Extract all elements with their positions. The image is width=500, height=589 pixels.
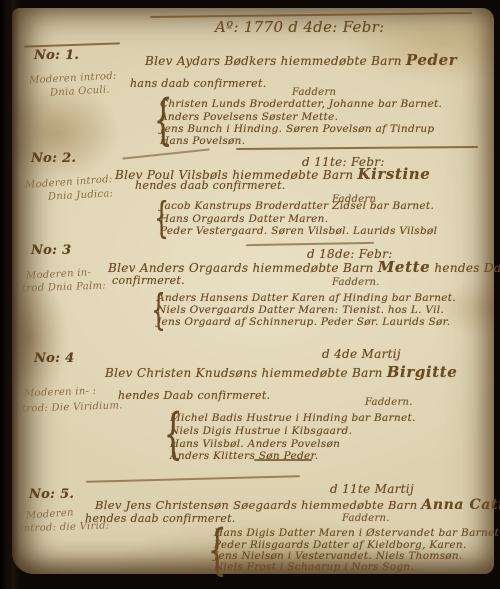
baptism-text: Blev Jens Christensøn Søegaards hiemmedø…	[95, 498, 417, 512]
entry-number: No: 1.	[34, 48, 79, 63]
baptism-text: Blev Anders Orgaards hiemmedøbte Barn	[108, 261, 374, 275]
confirmation-line: confirmeret.	[112, 274, 185, 287]
godparents-label: Faddern.	[365, 397, 413, 408]
margin-note-line1: Moderen in- :	[24, 386, 97, 400]
child-name: Peder	[406, 51, 457, 69]
margin-note-line2: trod Dnia Palm:	[22, 281, 106, 295]
confirmation-line: hendes Daab confirmeret.	[118, 389, 270, 402]
godparent-line: Hans Vilsbøl. Anders Povelsøn	[170, 438, 340, 450]
baptism-line: Blev Christen Knudsøns hiemmedøbte Barn …	[105, 363, 457, 381]
baptism-line: Blev Aydars Bødkers hiemmedøbte Barn Ped…	[145, 51, 457, 69]
entry-date: d 4de Martij	[322, 347, 401, 361]
margin-note-line2: Dnia Oculi.	[50, 84, 110, 98]
child-name: Kirstine	[357, 165, 430, 183]
entry-number: No: 3	[31, 243, 71, 258]
entry5-flourish-line	[86, 475, 300, 482]
godparent-line: Niels Digis Hustrue i Kibsgaard.	[170, 425, 352, 437]
entry1-number-flourish	[24, 42, 120, 47]
godparent-line: Anders Povelsens Søster Mette.	[160, 111, 338, 123]
godparent-line: Jens Orgaard af Schinnerup. Peder Sør. L…	[157, 316, 450, 328]
godparent-line: Hans Povelsøn.	[160, 135, 245, 147]
entry-number: No: 5.	[29, 487, 74, 502]
child-name: Birgitte	[387, 363, 458, 381]
godparent-line: Niels Frost i Schaarup i Nors Sogn.	[214, 561, 414, 573]
entry-date: d 11te Martij	[330, 482, 414, 496]
godparent-line: Michel Badis Hustrue i Hinding bar Barne…	[170, 412, 416, 424]
godparent-line: Anders Klitters Søn Peder.	[170, 450, 318, 462]
godparent-line: Jens Bunch i Hinding. Søren Povelsøn af …	[160, 123, 434, 135]
godparent-line: Jacob Kanstrups Broderdatter Zidsel bar …	[160, 200, 434, 212]
margin-note-line2: Dnia Judica:	[48, 188, 114, 202]
confirmation-line: hendes daab confirmeret.	[135, 179, 286, 192]
page-header-date: Aº: 1770 d 4de: Febr:	[215, 18, 384, 36]
baptism-line: Blev Jens Christensøn Søegaards hiemmedø…	[95, 497, 500, 513]
margin-note-line1: Moderen	[26, 507, 74, 521]
confirmation-line: hans daab confirmeret.	[130, 77, 267, 90]
godparent-line: Hans Digis Datter Maren i Østervandet ba…	[214, 527, 500, 539]
godparent-line: Peder Vestergaard. Søren Vilsbøl. Laurid…	[160, 225, 437, 237]
godparents-label: Faddern.	[342, 513, 390, 524]
godparent-line: Christen Lunds Broderdatter, Johanne bar…	[160, 98, 442, 110]
child-name: Mette	[378, 258, 431, 276]
header-flourish-line	[150, 12, 472, 17]
entry2-flourish-line	[236, 146, 478, 150]
godparents-label: Faddern.	[332, 277, 380, 288]
scanned-register-page: Aº: 1770 d 4de: Febr: No: 1. Blev Aydars…	[0, 0, 500, 589]
godparent-line: Anders Hansens Datter Karen af Hinding b…	[157, 292, 456, 304]
entry3-date-flourish	[246, 242, 374, 246]
godparent-line: Hans Orgaards Datter Maren.	[160, 213, 328, 225]
baptism-text: Blev Christen Knudsøns hiemmedøbte Barn	[105, 366, 383, 380]
book-spine-edge	[0, 0, 20, 589]
margin-note-line2: introd: die Virid:	[20, 520, 110, 534]
baptism-text-post: hendes Daab	[434, 261, 500, 275]
entry-number: No: 2.	[31, 151, 76, 166]
manuscript-paper: Aº: 1770 d 4de: Febr: No: 1. Blev Aydars…	[12, 8, 494, 574]
margin-note-line1: Moderen in-	[26, 267, 92, 281]
godparents-label: Faddern	[292, 87, 336, 98]
margin-note-line2: trod: Die Viridium.	[22, 400, 123, 415]
godparent-line: Niels Overgaards Datter Maren: Tienist. …	[157, 304, 444, 316]
baptism-text: Blev Aydars Bødkers hiemmedøbte Barn	[145, 54, 402, 68]
child-name: Anna Catrine	[421, 497, 500, 513]
entry-number: No: 4	[34, 351, 74, 366]
